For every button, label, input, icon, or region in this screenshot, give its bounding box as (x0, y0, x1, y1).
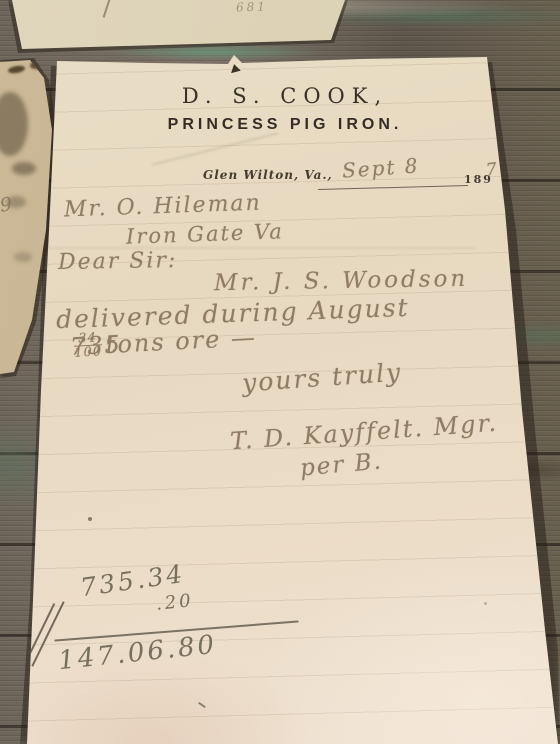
photo-of-letter-on-wood-table: 681 9 D. S. COOK, PRINCESS PIG IRON. Gle… (0, 0, 560, 744)
recipient-place: Iron Gate Va (126, 219, 285, 248)
stain-smudge (12, 162, 36, 175)
paper-speck (88, 517, 92, 521)
note-number: 681 (236, 0, 268, 15)
letterhead-name: D. S. COOK, (150, 84, 420, 108)
body-line-quantity: 73534100tons ore — (69, 331, 106, 361)
signature-per: per B. (299, 448, 384, 481)
pencil-tick-mark (198, 702, 206, 708)
letterhead-company: PRINCESS PIG IRON. (120, 116, 450, 134)
stain-smudge (14, 252, 32, 262)
stain-smudge (0, 92, 28, 156)
body-line-1: Mr. J. S. Woodson (214, 266, 469, 296)
letter-paper: D. S. COOK, PRINCESS PIG IRON. Glen Wilt… (0, 0, 560, 744)
ink-smudge (8, 65, 26, 75)
pencil-slash-mark (103, 0, 112, 18)
signature: T. D. Kayffelt. Mgr. (229, 409, 498, 456)
pencil-multiplier: .20 (155, 590, 195, 615)
paper-speck (484, 602, 487, 605)
handwritten-year-digit: 7 (485, 159, 500, 180)
fraction-denominator: 100 (74, 345, 102, 358)
closing: yours truly (241, 357, 403, 397)
quantity-fraction: 34100 (73, 332, 102, 358)
salutation: Dear Sir: (58, 248, 178, 275)
paper-crease (152, 132, 279, 165)
recipient-name: Mr. O. Hileman (64, 191, 263, 223)
paper-tear-mark (229, 63, 241, 73)
printed-place: Glen Wilton, Va., (203, 168, 333, 182)
handwritten-date: Sept 8 (341, 153, 420, 182)
date-underline (318, 185, 468, 190)
